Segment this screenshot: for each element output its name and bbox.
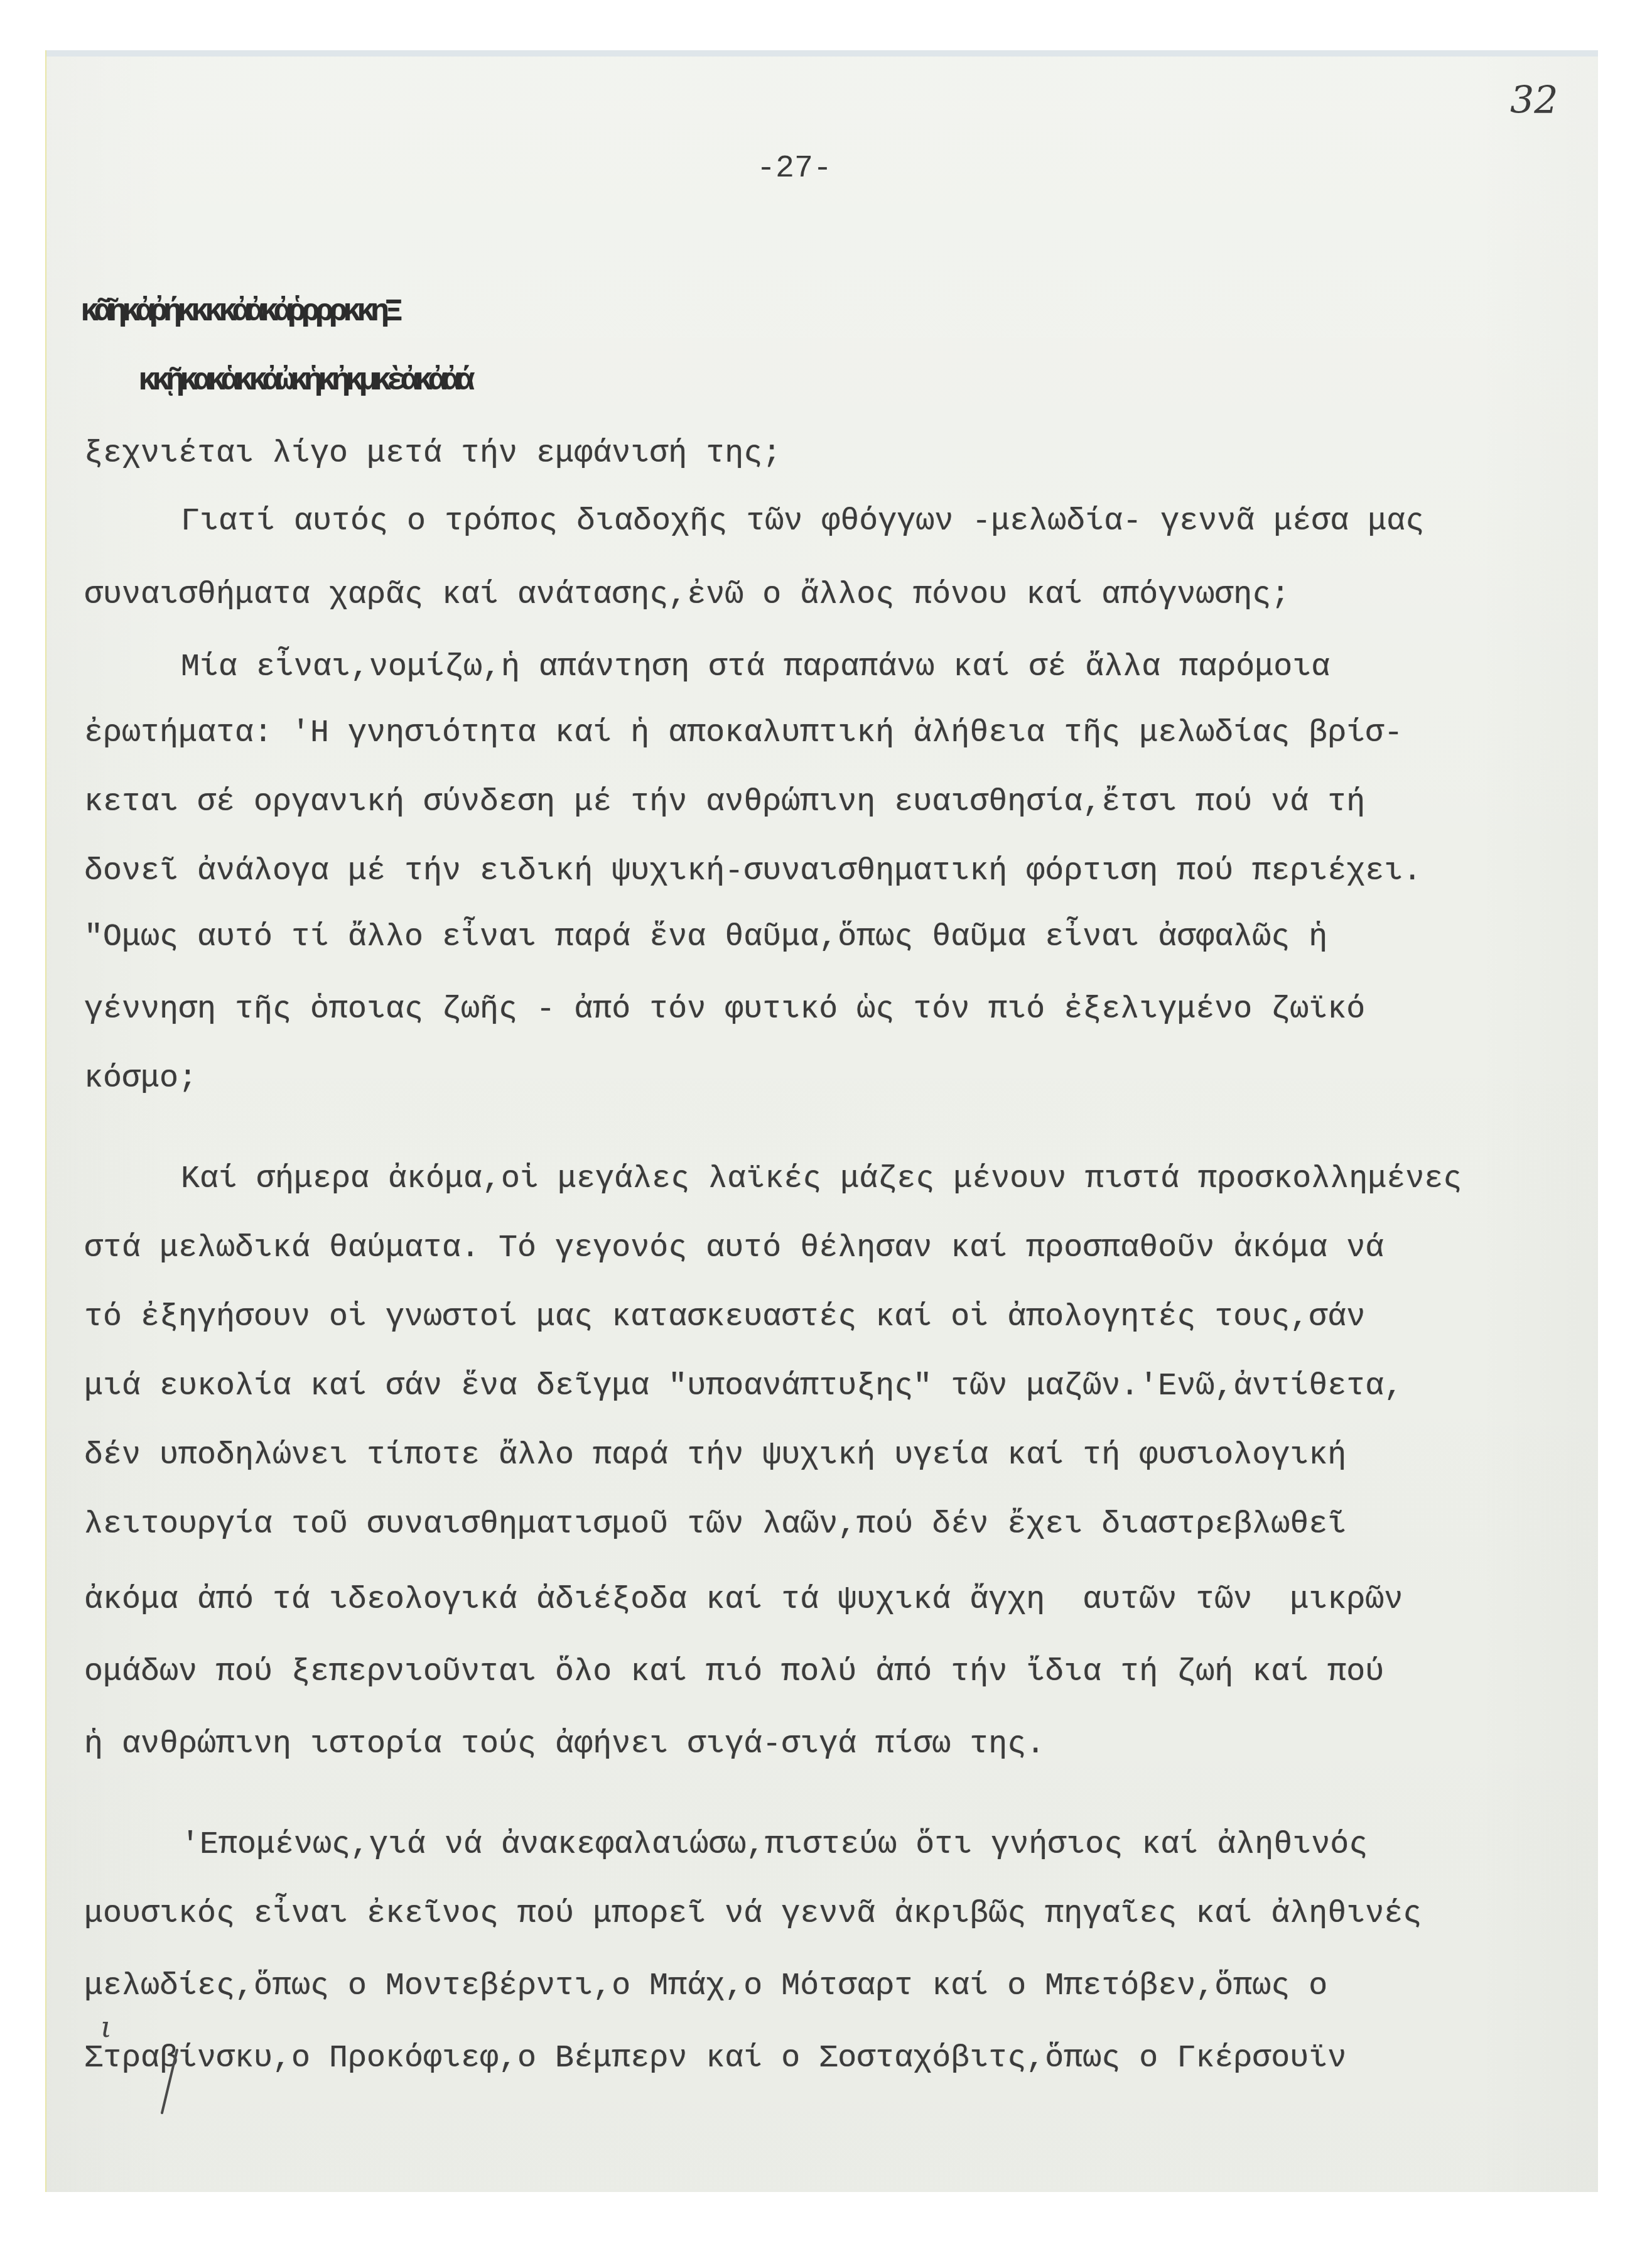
text-line: Καί σήμερα ἀκόμα,οἱ μεγάλες λαϊκές μάζες… [181, 1161, 1462, 1198]
text-line: δονεῖ ἀνάλογα μέ τήν ειδική ψυχική-συναι… [84, 853, 1422, 891]
text-line: γέννηση τῆς ὁποιας ζωῆς - ἀπό τόν φυτικό… [84, 991, 1365, 1029]
text-line: ἡ ανθρώπινη ιστορία τούς ἀφήνει σιγά-σιγ… [84, 1726, 1045, 1764]
archive-page-number: 32 [1510, 79, 1558, 122]
text-line: μουσικός εἶναι ἐκεῖνος πού μπορεῖ νά γεν… [84, 1896, 1422, 1933]
text-line: μιά ευκολία καί σάν ἕνα δεῖγμα "υποανάπτ… [84, 1368, 1403, 1406]
text-line: "Ομως αυτό τί ἄλλο εἶναι παρά ἕνα θαῦμα,… [84, 919, 1327, 957]
text-line: Στραβίνσκυ,ο Προκόφιεφ,ο Βέμπερν καί ο Σ… [84, 2040, 1346, 2078]
text-line: δέν υποδηλώνει τίποτε ἄλλο παρά τήν ψυχι… [84, 1437, 1346, 1475]
page-top-edge [46, 50, 1598, 57]
text-line: 'Επομένως,γιά νά ἀνακεφαλαιώσω,πιστεύω ὅ… [181, 1826, 1368, 1864]
text-line: τό ἐξηγήσουν οἱ γνωστοί μας κατασκευαστέ… [84, 1299, 1365, 1337]
text-line: συναισθήματα χαρᾶς καί ανάτασης,ἐνῶ ο ἄλ… [84, 577, 1290, 614]
typed-page-number: -27- [757, 151, 832, 187]
text-line: κόσμο; [84, 1060, 197, 1098]
text-line: στά μελωδικά θαύματα. Τό γεγονός αυτό θέ… [84, 1230, 1384, 1267]
text-line: ομάδων πού ξεπερνιοῦνται ὅλο καί πιό πολ… [84, 1654, 1384, 1691]
text-line: Γιατί αυτός ο τρόπος διαδοχῆς τῶν φθόγγω… [181, 503, 1424, 541]
text-line: ξεχνιέται λίγο μετά τήν εμφάνισή της; [84, 435, 781, 473]
text-line: μελωδίες,ὅπως ο Μοντεβέρντι,ο Μπάχ,ο Μότ… [84, 1968, 1327, 2005]
text-line: ἐρωτήματα: 'Η γνησιότητα καί ἡ αποκαλυπτ… [84, 715, 1403, 752]
struck-out-line: κᾶ͂ηκἀῤήκκκκἀἀκἀῥρρρκκηΞ [80, 294, 398, 332]
handwritten-correction: ι [100, 2010, 112, 2044]
text-line: Μία εἶναι,νομίζω,ἡ απάντηση στά παραπάνω… [181, 649, 1330, 686]
pencil-slash-mark [157, 2048, 182, 2117]
text-line: κεται σέ οργανική σύνδεση μέ τήν ανθρώπι… [84, 784, 1365, 822]
text-line: ἀκόμα ἀπό τά ιδεολογικά ἀδιέξοδα καί τά … [84, 1582, 1403, 1619]
struck-out-line: κκῇκακἁκκἀὠκἡκἠκμκὲἀκἀἀά [138, 363, 470, 401]
text-line: λειτουργία τοῦ συναισθηματισμοῦ τῶν λαῶν… [84, 1506, 1346, 1544]
